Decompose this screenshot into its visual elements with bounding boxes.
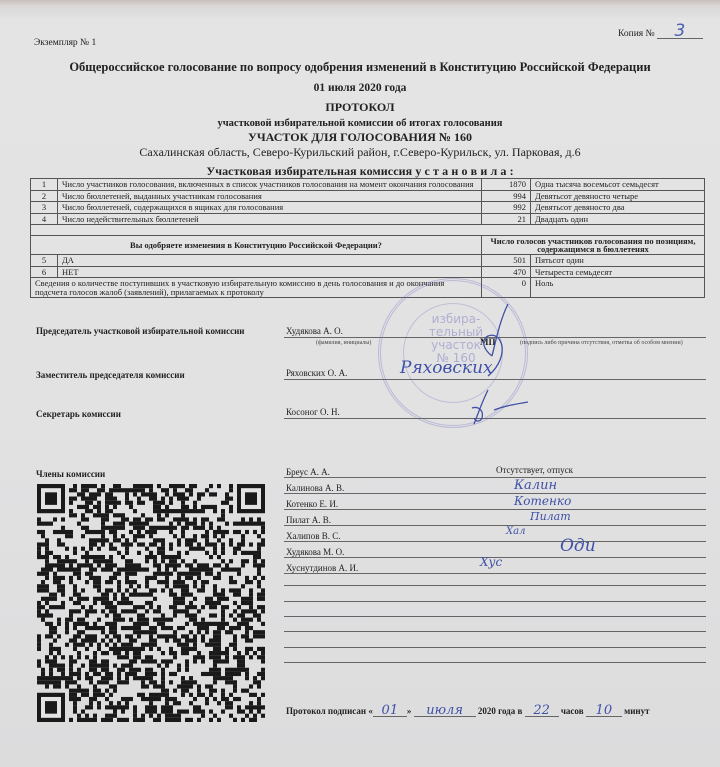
row-label: Число бюллетеней, содержащихся в ящиках … (58, 202, 482, 214)
table-spacer (31, 225, 705, 236)
row-label: ДА (58, 255, 482, 267)
copy-number-handwritten: 3 (657, 24, 703, 39)
chair-name: Худякова А. О. (286, 326, 343, 336)
table-row: 1 Число участников голосования, включенн… (31, 179, 705, 191)
member-signature: Хус (480, 555, 502, 569)
member-signature: Оди (560, 536, 596, 556)
row-words: Пятьсот один (531, 255, 705, 267)
signed-label: Протокол подписан (286, 706, 366, 716)
blank-line (284, 647, 706, 648)
blank-line (284, 631, 706, 632)
qr-code-icon (37, 484, 265, 722)
row-value: 470 (482, 266, 531, 278)
row-value: 1870 (482, 179, 531, 191)
sign-caption: (подпись либо причина отсутствия, отметк… (520, 340, 683, 346)
row-label: Число недействительных бюллетеней (58, 213, 482, 225)
member-signature: Калин (514, 478, 557, 493)
instance-number: Экземпляр № 1 (34, 38, 96, 48)
member-line (284, 477, 706, 478)
row-value: 501 (482, 255, 531, 267)
table-row: 2 Число бюллетеней, выданных участникам … (31, 190, 705, 202)
deputy-signature: Ряховских (400, 358, 493, 378)
spacer-cell (31, 225, 705, 236)
member-line (284, 525, 706, 526)
row-number: 5 (31, 255, 58, 267)
deputy-name: Ряховских О. А. (286, 368, 347, 378)
signing-time: Протокол подписан «01» июля 2020 года в … (286, 706, 650, 717)
document-date: 01 июля 2020 года (0, 82, 720, 94)
member-signature: Котенко (514, 494, 571, 508)
member-name: Бреус А. А. (286, 467, 330, 477)
document-title: Общероссийское голосование по вопросу од… (0, 60, 720, 75)
row-label: Число участников голосования, включенных… (58, 179, 482, 191)
member-signature: Хал (506, 526, 525, 537)
deputy-line (284, 379, 706, 380)
blank-line (284, 585, 706, 586)
table-row: Сведения о количестве поступивших в учас… (31, 278, 705, 298)
copy-number: Копия № 3 (618, 24, 703, 39)
blank-line (284, 601, 706, 602)
precinct-title: УЧАСТОК ДЛЯ ГОЛОСОВАНИЯ № 160 (0, 130, 720, 145)
table-row: 3 Число бюллетеней, содержащихся в ящика… (31, 202, 705, 214)
results-table: 1 Число участников голосования, включенн… (30, 178, 705, 298)
member-note: Отсутствует, отпуск (496, 465, 573, 475)
name-caption: (фамилия, инициалы) (316, 340, 371, 346)
signed-day: 01 (373, 706, 407, 717)
member-line (284, 509, 706, 510)
member-name: Калинова А. В. (286, 483, 344, 493)
document-type: ПРОТОКОЛ (0, 100, 720, 115)
signed-year: 2020 года в (478, 706, 523, 716)
row-number: 1 (31, 179, 58, 191)
hours-label: часов (561, 706, 584, 716)
row-number: 6 (31, 266, 58, 278)
document-subtitle: участковой избирательной комиссии об ито… (0, 118, 720, 129)
member-name: Пилат А. В. (286, 515, 331, 525)
member-name: Халипов В. С. (286, 531, 340, 541)
votes-header: Число голосов участников голосования по … (482, 236, 705, 255)
signed-minute: 10 (586, 706, 622, 717)
secretary-name: Косоног О. Н. (286, 407, 340, 417)
table-row: 4 Число недействительных бюллетеней 21 Д… (31, 213, 705, 225)
member-signature: Пилат (530, 510, 571, 523)
signed-month: июля (414, 706, 476, 717)
row-number: 3 (31, 202, 58, 214)
member-line (284, 541, 706, 542)
row-value: 21 (482, 213, 531, 225)
blank-line (284, 662, 706, 663)
member-line (284, 493, 706, 494)
ballot-question: Вы одобряете изменения в Конституцию Рос… (31, 236, 482, 255)
row-number: 2 (31, 190, 58, 202)
row-words: Девятьсот девяносто два (531, 202, 705, 214)
signed-hour: 22 (525, 706, 559, 717)
deputy-label: Заместитель председателя комиссии (36, 370, 185, 380)
row-words: Двадцать один (531, 213, 705, 225)
copy-label: Копия № (618, 29, 655, 39)
row-value: 994 (482, 190, 531, 202)
minutes-label: минут (624, 706, 649, 716)
member-name: Худякова М. О. (286, 547, 344, 557)
row-label: Число бюллетеней, выданных участникам го… (58, 190, 482, 202)
row-words: Четыреста семьдесят (531, 266, 705, 278)
members-label: Члены комиссии (36, 469, 105, 479)
secretary-signature-icon (460, 388, 540, 428)
table-row: 5 ДА 501 Пятьсот один (31, 255, 705, 267)
member-line (284, 573, 706, 574)
member-name: Котенко Е. И. (286, 499, 338, 509)
blank-line (284, 616, 706, 617)
chair-label: Председатель участковой избирательной ко… (36, 326, 244, 336)
member-name: Хуснутдинов А. И. (286, 563, 358, 573)
row-words: Девятьсот девяносто четыре (531, 190, 705, 202)
complaints-words: Ноль (531, 278, 705, 298)
secretary-label: Секретарь комиссии (36, 409, 121, 419)
row-label: НЕТ (58, 266, 482, 278)
row-number: 4 (31, 213, 58, 225)
precinct-address: Сахалинская область, Северо-Курильский р… (0, 145, 720, 160)
row-value: 992 (482, 202, 531, 214)
commission-established: Участковая избирательная комиссия у с т … (0, 164, 720, 179)
table-row: 6 НЕТ 470 Четыреста семьдесят (31, 266, 705, 278)
row-words: Одна тысяча восемьсот семьдесят (531, 179, 705, 191)
question-row: Вы одобряете изменения в Конституцию Рос… (31, 236, 705, 255)
